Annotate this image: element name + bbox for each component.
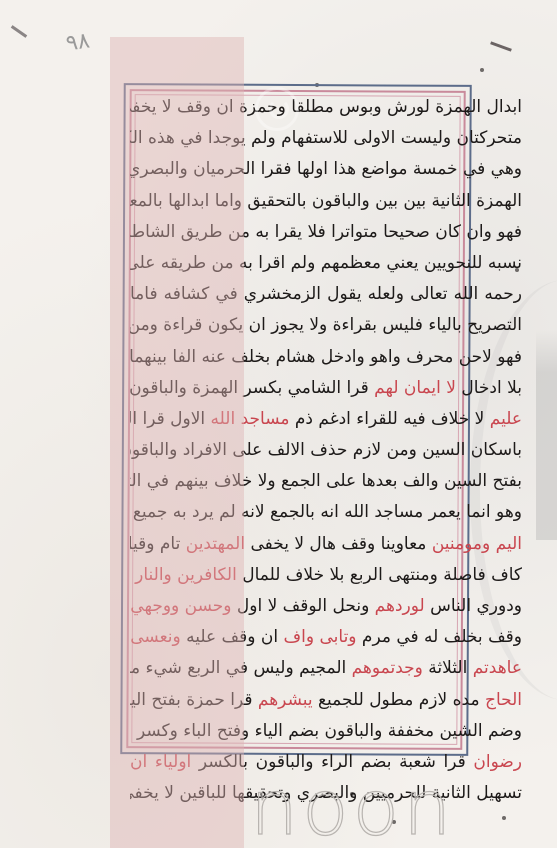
text-segment: الثلاثة [423,658,467,678]
ink-mark [490,41,512,51]
text-segment: لا خلاف فيه للقراء ادغم ذم [290,409,485,429]
rubric-word: ومومنين [426,534,490,554]
rubric-word: وتابى [314,627,356,647]
minaret-watermark-icon [536,330,557,540]
text-segment: ودوري الناس [425,596,522,616]
rubric-word: اليم [490,534,522,554]
rubric-word: رضوان [466,752,522,772]
rubric-word: واف [278,627,314,647]
manuscript-page: ٩٨ ابدال الهمزة لورش وبوس مطلقا وحمزة ان… [0,0,557,848]
noon-watermark: noon [250,770,455,846]
text-segment: مده لازم مطول للجميع [313,690,480,710]
rubric-word: عاهدتم [467,658,522,678]
text-segment: معاوينا [375,534,426,554]
overlay-logo-icon [255,87,299,131]
highlight-overlay [110,37,244,848]
rubric-word: يبشرهم [253,690,313,710]
rubric-word: لا ايمان لهم [369,378,456,398]
rubric-word: عليم [484,409,522,429]
text-segment: وقف هال لا يخفى [245,534,375,554]
text-segment: وقف بخلف له في مرم [357,627,522,647]
rubric-word: وجدتموهم [346,658,423,678]
text-segment: ونحل الوقف لا اول [231,596,369,616]
paper-spot [502,816,506,820]
folio-number: ٩٨ [64,28,91,56]
rubric-word: الحاج [480,690,522,710]
paper-spot [480,68,484,72]
text-segment: بلا ادخال [456,378,522,398]
text-segment: كاف فاصلة ومنتهى الربع بلا خلاف للمال [237,565,522,585]
ink-mark [11,25,27,38]
rubric-word: لوردهم [369,596,424,616]
